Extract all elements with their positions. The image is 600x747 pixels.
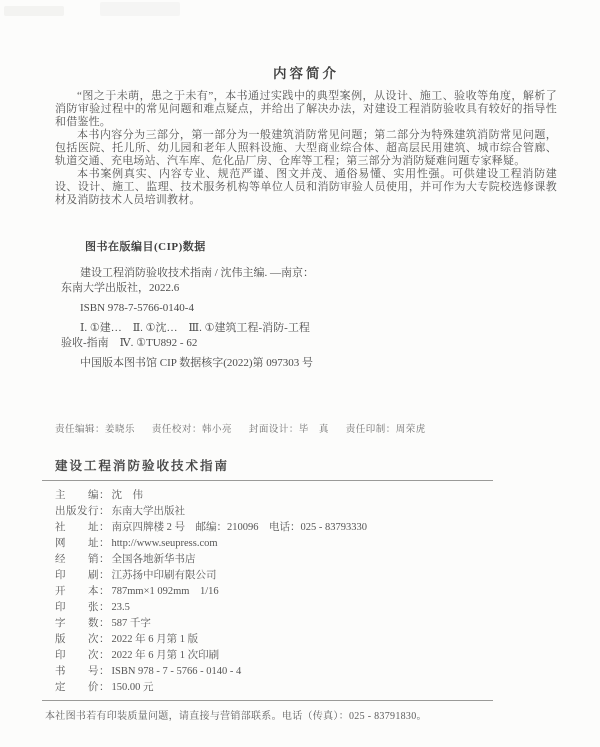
pub-label: 定 价	[55, 682, 99, 693]
credit-label: 责任校对	[152, 425, 192, 435]
pub-row-sheets: 印 张：23.5	[55, 600, 557, 616]
credit-cover-designer: 封面设计：毕 真	[249, 425, 329, 435]
colon: ：	[99, 570, 110, 581]
pub-label: 印 刷	[55, 570, 99, 581]
pub-row-edition: 版 次：2022 年 6 月第 1 版	[55, 632, 557, 648]
pub-label: 主 编	[55, 490, 99, 501]
pub-value: 150.00 元	[112, 682, 154, 693]
summary-paragraph: 本书内容分为三部分，第一部分为一般建筑消防常见问题；第二部分为特殊建筑消防常见问…	[55, 129, 557, 168]
credit-proofreader: 责任校对：韩小亮	[152, 425, 232, 435]
publication-info-list: 主 编：沈 伟 出版发行：东南大学出版社 社 址：南京四牌楼 2 号 邮编：21…	[55, 488, 557, 696]
summary-paragraph: 本书案例真实、内容专业、规范严谨、图文并茂、通俗易懂、实用性强。可供建设工程消防…	[55, 168, 557, 207]
divider	[42, 480, 493, 481]
colon: ：	[99, 634, 110, 645]
pub-value: ISBN 978 - 7 - 5766 - 0140 - 4	[112, 666, 242, 677]
credit-value: 韩小亮	[202, 425, 232, 435]
pub-value: 23.5	[112, 602, 130, 613]
colon: ：	[99, 666, 110, 677]
summary-paragraph: “图之于未萌，患之于未有”，本书通过实践中的典型案例，从设计、施工、验收等角度，…	[55, 90, 557, 129]
content-summary-title: 内容简介	[55, 62, 557, 82]
pub-value: 江苏扬中印刷有限公司	[112, 570, 217, 581]
pub-row-publisher: 出版发行：东南大学出版社	[55, 504, 557, 520]
pub-label: 印 次	[55, 650, 99, 661]
pub-label: 经 销	[55, 554, 99, 565]
colon: ：	[386, 425, 396, 435]
credit-label: 封面设计	[249, 425, 289, 435]
credit-label: 责任印制	[346, 425, 386, 435]
colon: ：	[99, 490, 110, 501]
pub-row-address: 社 址：南京四牌楼 2 号 邮编：210096 电话：025 - 8379333…	[55, 520, 557, 536]
credit-editor: 责任编辑：姜晓乐	[55, 425, 135, 435]
colon: ：	[95, 425, 105, 435]
cip-line-isbn: ISBN 978-7-5766-0140-4	[80, 301, 557, 316]
colon: ：	[99, 618, 110, 629]
pub-label: 开 本	[55, 586, 99, 597]
scan-artifact	[100, 2, 180, 16]
credit-value: 周荣虎	[396, 425, 426, 435]
colon: ：	[99, 506, 110, 517]
cip-heading: 图书在版编目(CIP)数据	[85, 238, 557, 254]
pub-row-distribution: 经 销：全国各地新华书店	[55, 552, 557, 568]
pub-row-isbn: 书 号：ISBN 978 - 7 - 5766 - 0140 - 4	[55, 664, 557, 680]
colon: ：	[289, 425, 299, 435]
pub-label: 书 号	[55, 666, 99, 677]
pub-value: http://www.seupress.com	[112, 538, 218, 549]
colon: ：	[99, 538, 110, 549]
pub-label: 印 张	[55, 602, 99, 613]
pub-value: 东南大学出版社	[112, 506, 186, 517]
colon: ：	[192, 425, 202, 435]
cip-line: 建设工程消防验收技术指南 / 沈伟主编. —南京：	[80, 266, 557, 281]
scan-artifact	[4, 6, 64, 16]
book-title: 建设工程消防验收技术指南	[55, 456, 557, 474]
pub-value: 787mm×1 092mm 1/16	[112, 586, 219, 597]
pub-value: 全国各地新华书店	[112, 554, 196, 565]
pub-row-impression: 印 次：2022 年 6 月第 1 次印刷	[55, 648, 557, 664]
credit-value: 姜晓乐	[105, 425, 135, 435]
cip-registry-number: 中国版本图书馆 CIP 数据核字(2022)第 097303 号	[80, 356, 557, 371]
pub-value: 2022 年 6 月第 1 版	[112, 634, 199, 645]
cip-line-classification: Ⅰ. ①建… Ⅱ. ①沈… Ⅲ. ①建筑工程-消防-工程	[80, 321, 557, 336]
quality-notice: 本社图书若有印装质量问题，请直接与营销部联系。电话（传真）：025 - 8379…	[45, 707, 557, 722]
colon: ：	[99, 650, 110, 661]
pub-label: 字 数	[55, 618, 99, 629]
cip-line-classification: 验收-指南 Ⅳ. ①TU892 - 62	[61, 336, 557, 351]
pub-label: 出版发行	[55, 506, 99, 517]
content-summary-section: 内容简介 “图之于未萌，患之于未有”，本书通过实践中的典型案例，从设计、施工、验…	[55, 62, 557, 207]
cip-line: 东南大学出版社，2022.6	[61, 281, 557, 296]
staff-credits-row: 责任编辑：姜晓乐 责任校对：韩小亮 封面设计：毕 真 责任印制：周荣虎	[55, 421, 557, 435]
pub-value: 587 千字	[112, 618, 151, 629]
divider	[42, 700, 493, 701]
colon: ：	[99, 522, 110, 533]
pub-label: 网 址	[55, 538, 99, 549]
colon: ：	[99, 586, 110, 597]
pub-value: 2022 年 6 月第 1 次印刷	[112, 650, 220, 661]
credit-print-supervisor: 责任印制：周荣虎	[346, 425, 426, 435]
pub-row-printer: 印 刷：江苏扬中印刷有限公司	[55, 568, 557, 584]
pub-row-word-count: 字 数：587 千字	[55, 616, 557, 632]
colon: ：	[99, 554, 110, 565]
pub-value: 南京四牌楼 2 号 邮编：210096 电话：025 - 83793330	[112, 522, 368, 533]
book-copyright-page: 内容简介 “图之于未萌，患之于未有”，本书通过实践中的典型案例，从设计、施工、验…	[0, 0, 600, 747]
pub-label: 社 址	[55, 522, 99, 533]
pub-label: 版 次	[55, 634, 99, 645]
colon: ：	[99, 682, 110, 693]
cip-data-section: 图书在版编目(CIP)数据 建设工程消防验收技术指南 / 沈伟主编. —南京： …	[55, 238, 557, 371]
pub-value: 沈 伟	[112, 490, 144, 501]
credit-value: 毕 真	[299, 425, 329, 435]
credit-label: 责任编辑	[55, 425, 95, 435]
pub-row-website: 网 址：http://www.seupress.com	[55, 536, 557, 552]
pub-row-format: 开 本：787mm×1 092mm 1/16	[55, 584, 557, 600]
pub-row-price: 定 价：150.00 元	[55, 680, 557, 696]
pub-row-chief-editor: 主 编：沈 伟	[55, 488, 557, 504]
colon: ：	[99, 602, 110, 613]
